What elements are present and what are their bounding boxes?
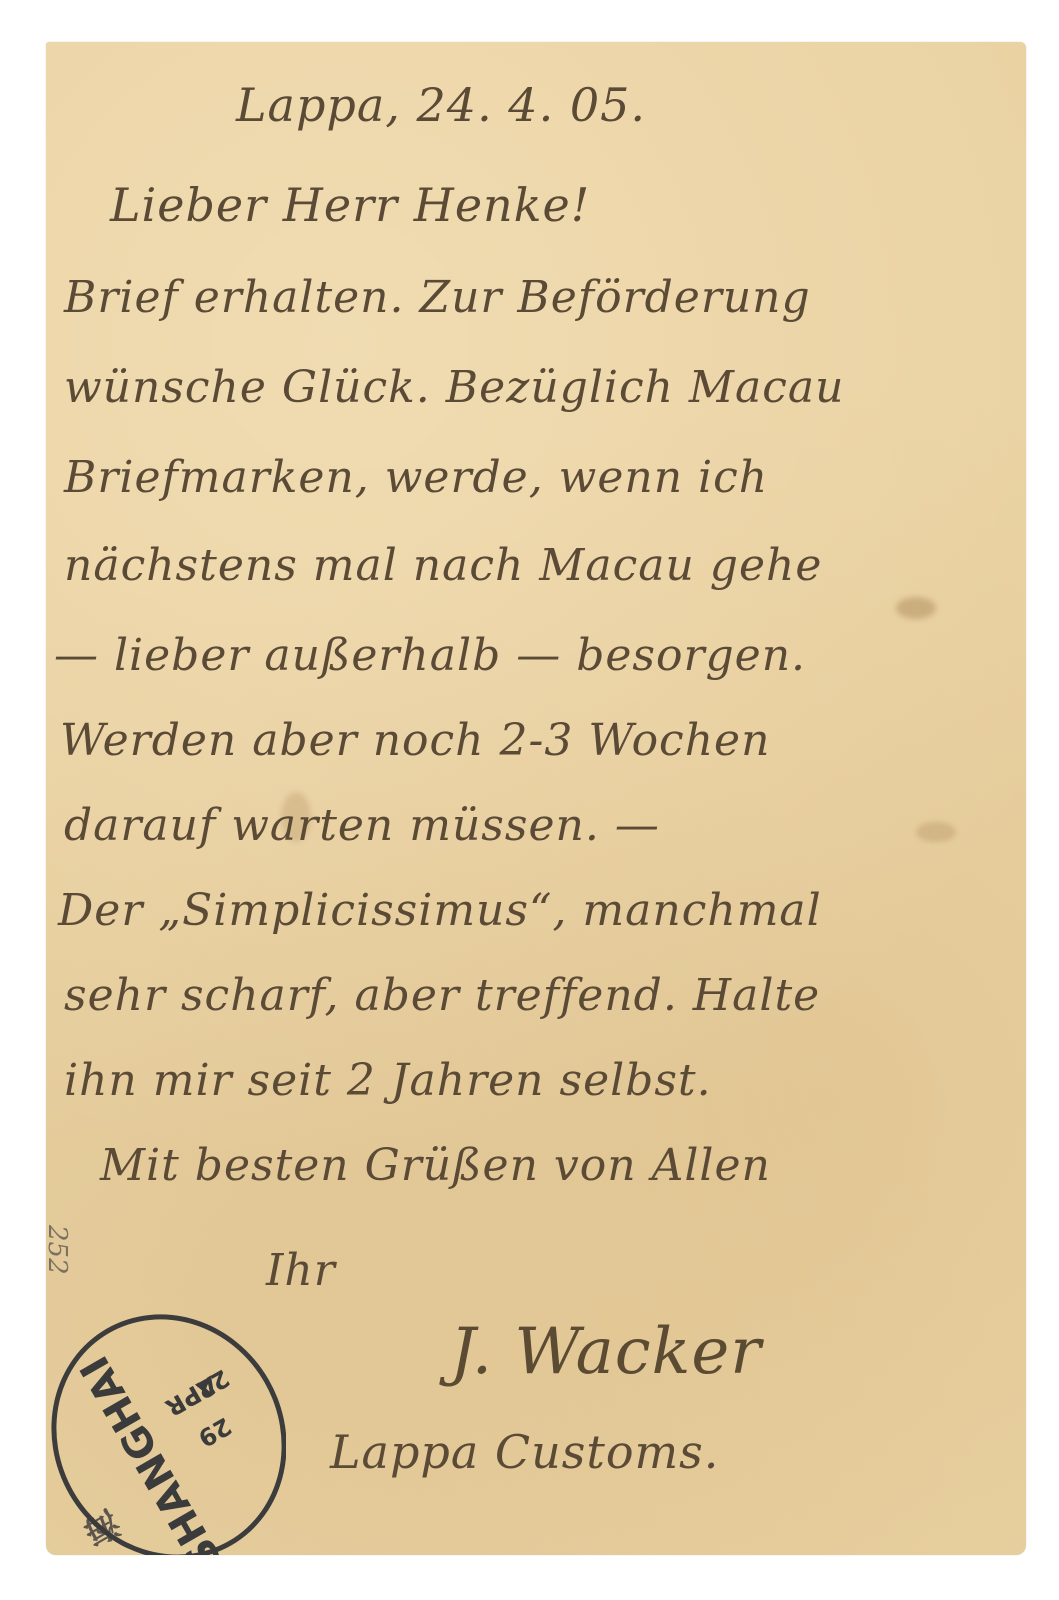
letter-line: Der „Simplicissimus“, manchmal (58, 885, 822, 936)
salutation: Lieber Herr Henke! (110, 178, 590, 232)
letter-line: ihn mir seit 2 Jahren selbst. (64, 1055, 712, 1106)
ink-stain (896, 597, 936, 619)
closing: Ihr (266, 1245, 336, 1296)
postmark: SHANGHAI APR 22 29 海 (46, 1290, 286, 1555)
letter-line: Werden aber noch 2-3 Wochen (60, 715, 770, 766)
pencil-note: 252 (42, 1225, 72, 1275)
ink-stain (916, 822, 956, 842)
letter-line: Mit besten Grüßen von Allen (100, 1140, 771, 1191)
letter-line: darauf warten müssen. — (64, 800, 660, 851)
letter-line: wünsche Glück. Bezüglich Macau (64, 362, 844, 413)
letter-line: Brief erhalten. Zur Beförderung (64, 272, 811, 323)
pencil-note-text: 252 (42, 1225, 72, 1275)
letter-line: Briefmarken, werde, wenn ich (64, 452, 768, 503)
signature: J. Wacker (450, 1315, 762, 1389)
letter-line: sehr scharf, aber treffend. Halte (64, 970, 820, 1021)
letter-line: — lieber außerhalb — besorgen. (54, 630, 806, 681)
place-date: Lappa, 24. 4. 05. (236, 78, 646, 132)
letter-line: nächstens mal nach Macau gehe (64, 540, 822, 591)
signature-title: Lappa Customs. (330, 1425, 719, 1479)
